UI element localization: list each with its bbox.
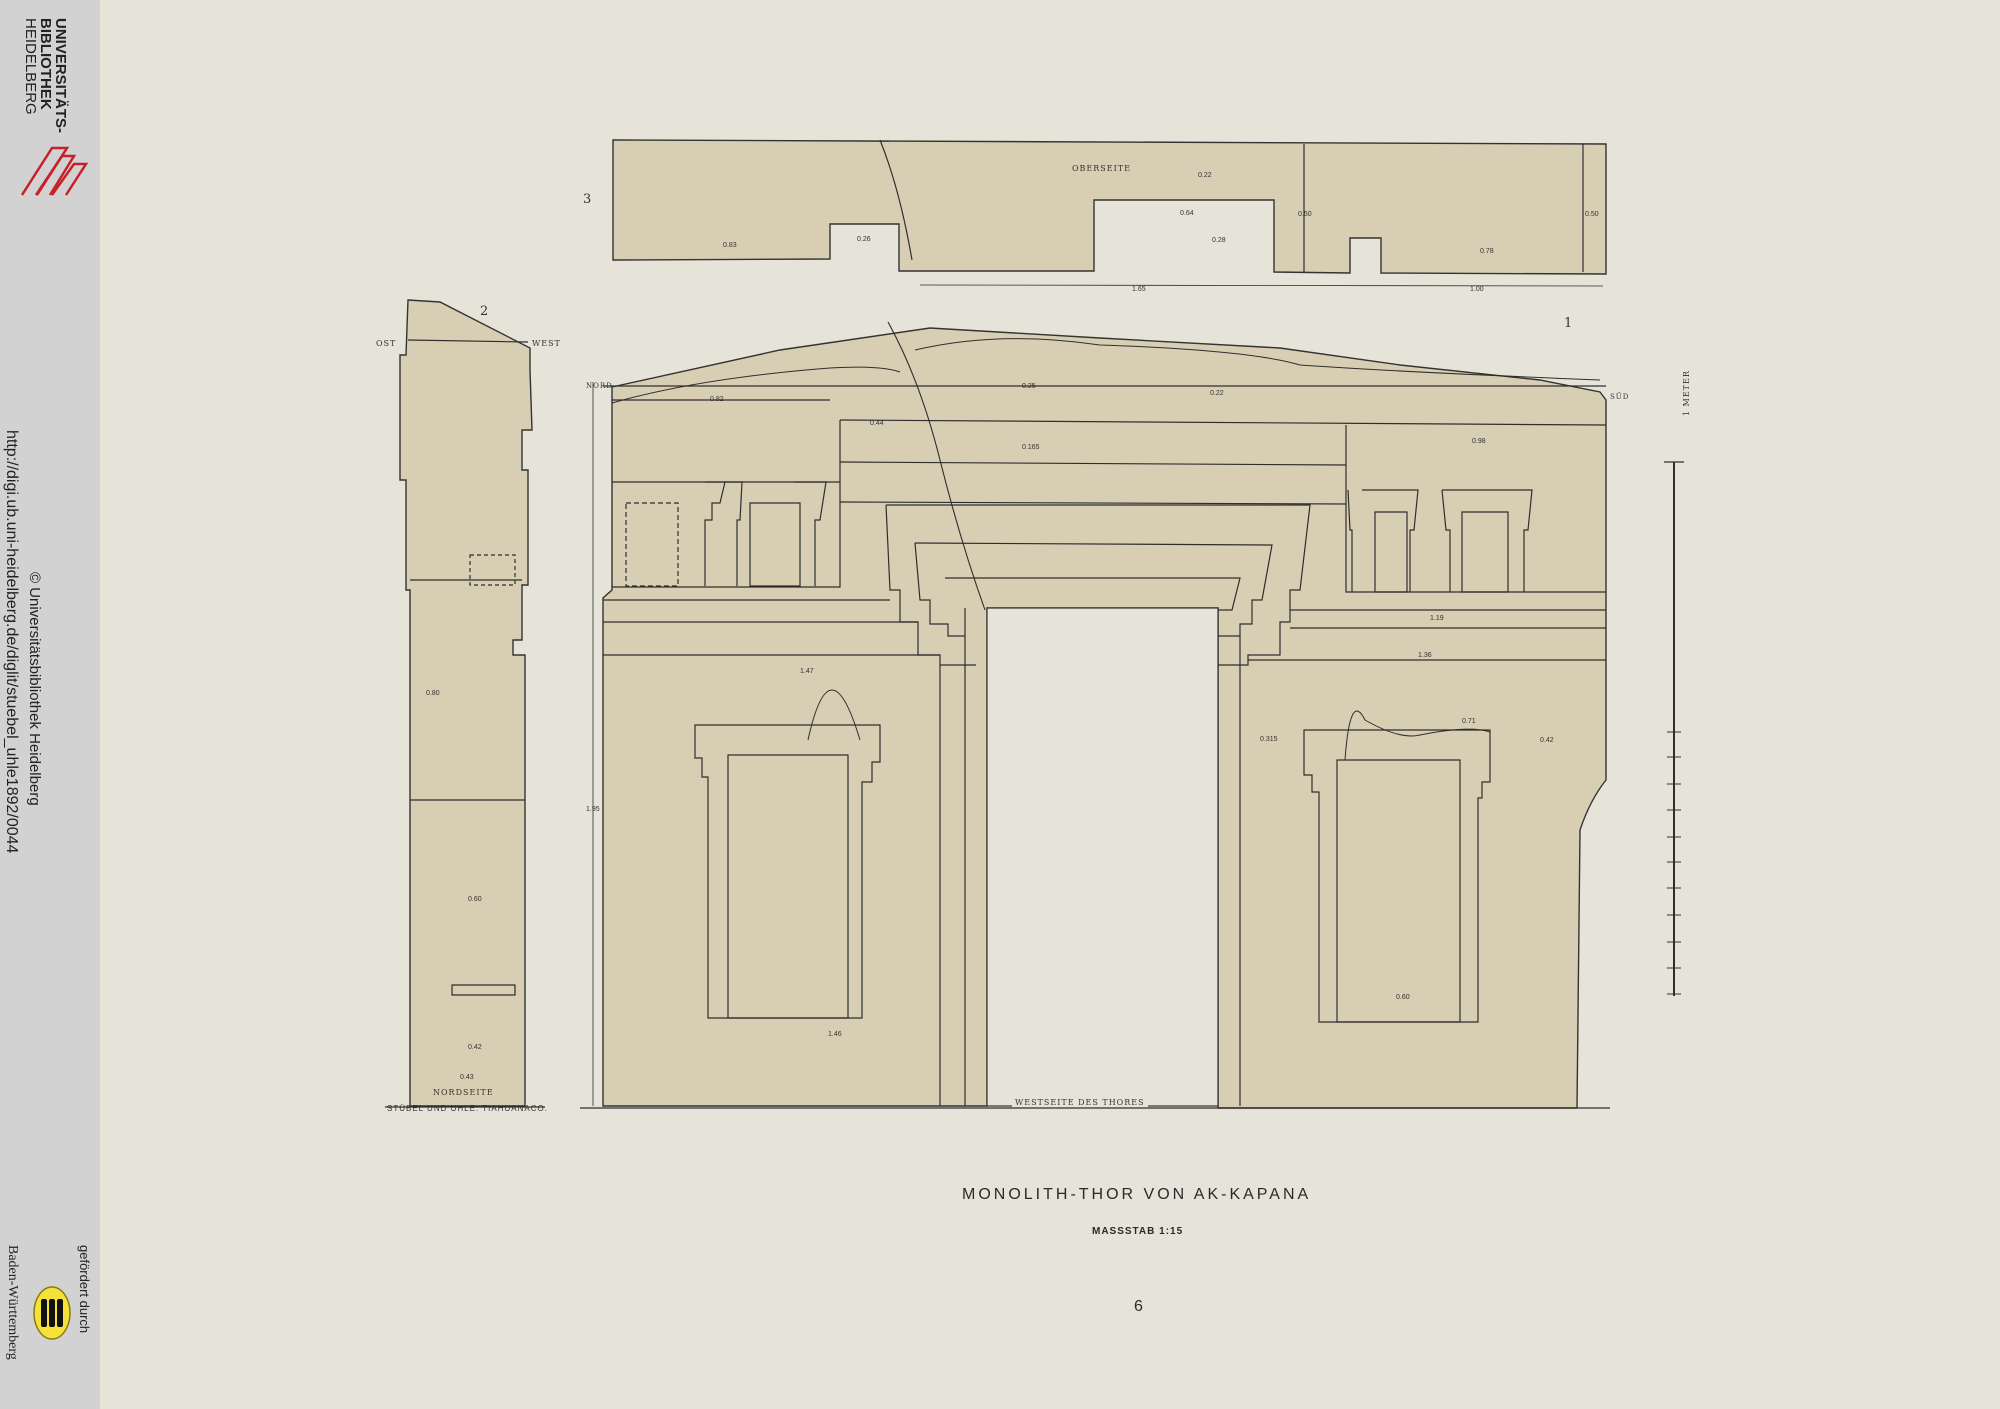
baden-wuerttemberg-coat-of-arms-icon xyxy=(32,1285,72,1341)
figure-number-3: 3 xyxy=(583,192,592,207)
front-view-sued-label: SÜD xyxy=(1610,393,1629,401)
dimension-label: 0.22 xyxy=(1198,172,1212,179)
figure-number-1: 1 xyxy=(1564,316,1573,331)
dimension-label: 1.65 xyxy=(1132,286,1146,293)
dimension-label: 1.19 xyxy=(1430,615,1444,622)
dimension-label: 1.95 xyxy=(586,806,600,813)
ub-heidelberg-logo-icon xyxy=(12,140,92,200)
dimension-label: 0.60 xyxy=(1396,994,1410,1001)
dimension-label: 0.78 xyxy=(1480,248,1494,255)
front-view-bottom-label: WESTSEITE DES THORES xyxy=(1012,1098,1148,1107)
dimension-label: 0.42 xyxy=(1540,737,1554,744)
funded-by-text: gefördert durch xyxy=(77,1245,92,1333)
dimension-label: 0.50 xyxy=(1298,211,1312,218)
copyright-text: © Universitätsbibliothek Heidelberg xyxy=(26,572,43,806)
library-name-line1: UNIVERSITÄTS- xyxy=(53,18,68,133)
page-number: 6 xyxy=(1134,1298,1143,1316)
plate-title: MONOLITH-THOR VON AK-KAPANA xyxy=(962,1186,1311,1204)
dimension-label: 0.50 xyxy=(1585,211,1599,218)
scale-bar-label: 1 METER xyxy=(1682,370,1691,416)
plate-scale-subtitle: MASSSTAB 1:15 xyxy=(1092,1226,1183,1237)
dimension-label: 0.98 xyxy=(1472,438,1486,445)
dimension-label: 0.80 xyxy=(426,690,440,697)
dimension-label: 0.60 xyxy=(468,896,482,903)
source-url[interactable]: http://digi.ub.uni-heidelberg.de/diglit/… xyxy=(2,430,20,853)
dimension-label: 0.64 xyxy=(1180,210,1194,217)
dimension-label: 0.83 xyxy=(723,242,737,249)
dimension-label: 1.00 xyxy=(1470,286,1484,293)
dimension-label: 0.22 xyxy=(1210,390,1224,397)
plate-page: 3 2 1 OBERSEITE OST WEST NORDSEITE STÜBE… xyxy=(100,0,2000,1409)
library-sidebar: UNIVERSITÄTS- BIBLIOTHEK HEIDELBERG © Un… xyxy=(0,0,100,1409)
front-view-nord-label: NORD xyxy=(586,382,613,390)
dimension-label: 0.82 xyxy=(710,396,724,403)
dimension-label: 0.315 xyxy=(1260,736,1278,743)
dimension-label: 1.47 xyxy=(800,668,814,675)
library-name: UNIVERSITÄTS- BIBLIOTHEK HEIDELBERG xyxy=(23,18,68,133)
dimension-label: 1.46 xyxy=(828,1031,842,1038)
side-view-ost-label: OST xyxy=(376,339,396,348)
dimension-label: 0.25 xyxy=(1022,383,1036,390)
library-name-line3: HEIDELBERG xyxy=(23,18,38,133)
dimension-label: 0.71 xyxy=(1462,718,1476,725)
top-view-outline xyxy=(613,140,1606,274)
library-name-line2: BIBLIOTHEK xyxy=(38,18,53,133)
dimension-label: 0.44 xyxy=(870,420,884,427)
funder-name: Baden-Württemberg xyxy=(4,1245,20,1360)
dimension-label: 0.42 xyxy=(468,1044,482,1051)
dimension-label: 0.165 xyxy=(1022,444,1040,451)
credit-line: STÜBEL UND UHLE: TIAHUANACO. xyxy=(387,1104,548,1113)
top-view-label: OBERSEITE xyxy=(1072,164,1131,173)
dimension-label: 0.28 xyxy=(1212,237,1226,244)
dimension-label: 1.36 xyxy=(1418,652,1432,659)
figure-number-2: 2 xyxy=(480,304,489,319)
side-view-west-label: WEST xyxy=(532,339,561,348)
side-view-nordseite-label: NORDSEITE xyxy=(433,1088,494,1097)
dimension-label: 0.43 xyxy=(460,1074,474,1081)
dimension-label: 0.26 xyxy=(857,236,871,243)
